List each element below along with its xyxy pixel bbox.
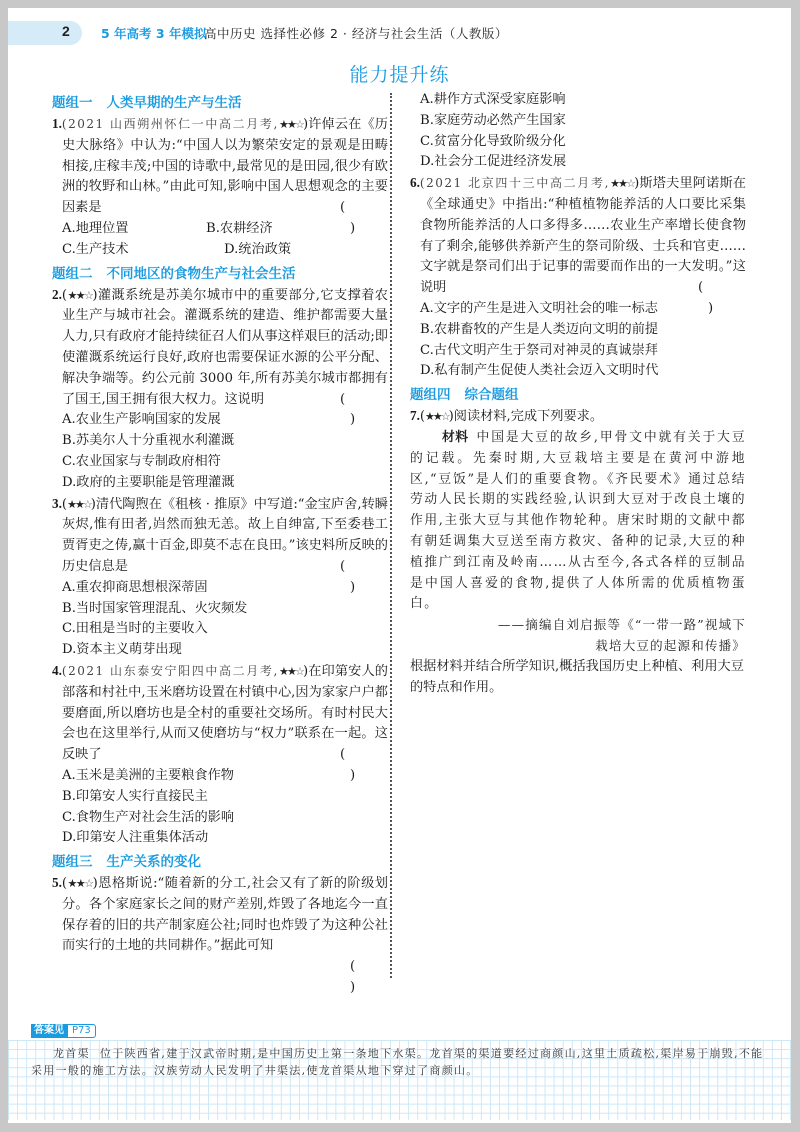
- option-a[interactable]: A.重农抑商思想根深蒂固: [52, 578, 388, 599]
- question-stem: )斯塔夫里阿诺斯在《全球通史》中指出:“种植植物能养活的人口要比采集食物所能养活…: [420, 176, 746, 295]
- book-brand: 5 年高考 3 年模拟: [101, 24, 206, 42]
- answer-reference-badge[interactable]: 答案见 P73: [31, 1024, 96, 1038]
- option-b[interactable]: B.印第安人实行直接民主: [52, 787, 388, 808]
- answer-blank[interactable]: ( ): [350, 390, 388, 432]
- footnote: 龙首渠位于陕西省,建于汉武帝时期,是中国历史上第一条地下水渠。龙首渠的渠道要经过…: [31, 1045, 771, 1079]
- question-3: 3.(★★☆)清代陶煦在《租核 · 推原》中写道:“金宝庐舍,转瞬灰烬,惟有田者…: [52, 494, 388, 661]
- question-number: 7.: [410, 408, 420, 423]
- question-stem: )灌溉系统是苏美尔城市中的重要部分,它支撑着农业生产与城市社会。灌溉系统的建造、…: [62, 288, 388, 407]
- option-a[interactable]: A.文字的产生是进入文明社会的唯一标志: [410, 299, 746, 320]
- option-b[interactable]: B.农耕畜牧的产生是人类迈向文明的前提: [410, 320, 746, 341]
- option-c[interactable]: C.农业国家与专制政府相符: [52, 452, 388, 473]
- answer-blank[interactable]: ( ): [350, 198, 388, 240]
- answer-label: 答案见: [31, 1024, 67, 1038]
- q5-option-c[interactable]: C.贫富分化导致阶级分化: [410, 132, 746, 153]
- page: 2 5 年高考 3 年模拟 高中历史 选择性必修 2 · 经济与社会生活（人教版…: [8, 8, 791, 1123]
- footnote-text: 位于陕西省,建于汉武帝时期,是中国历史上第一条地下水渠。龙首渠的渠道要经过商颜山…: [31, 1047, 764, 1077]
- source-material: 材料中国是大豆的故乡,甲骨文中就有关于大豆的记载。先秦时期,大豆栽培主要是在黄河…: [410, 428, 746, 615]
- question-number: 5.: [52, 875, 62, 890]
- page-number-pill: [8, 21, 82, 45]
- footnote-term: 龙首渠: [53, 1047, 90, 1060]
- citation-line-1: ——摘编自刘启振等《“一带一路”视域下: [410, 615, 746, 636]
- question-number: 3.: [52, 496, 62, 511]
- q5-option-b[interactable]: B.家庭劳动必然产生国家: [410, 111, 746, 132]
- answer-blank[interactable]: ( ): [350, 557, 388, 599]
- option-a[interactable]: A.地理位置: [62, 219, 206, 240]
- q5-option-d[interactable]: D.社会分工促进经济发展: [410, 152, 746, 173]
- citation-line-2: 栽培大豆的起源和传播》: [410, 636, 746, 657]
- question-stem: )阅读材料,完成下列要求。: [449, 409, 603, 424]
- question-6: 6.(2021 北京四十三中高二月考,★★☆)斯塔夫里阿诺斯在《全球通史》中指出…: [410, 173, 746, 382]
- answer-blank[interactable]: ( ): [708, 278, 746, 320]
- option-d[interactable]: D.私有制产生促使人类社会迈入文明时代: [410, 361, 746, 382]
- question-source: (2021 山西朔州怀仁一中高二月考,: [62, 117, 279, 131]
- question-number: 1.: [52, 116, 62, 131]
- question-source: (2021 山东泰安宁阳四中高二月考,: [62, 664, 279, 678]
- difficulty-stars-icon: ★★☆: [425, 410, 449, 423]
- page-number: 2: [62, 23, 70, 39]
- group-title-2: 题组二不同地区的食物生产与社会生活: [52, 263, 388, 285]
- option-d[interactable]: D.印第安人注重集体活动: [52, 828, 388, 849]
- difficulty-stars-icon: ★★☆: [67, 289, 92, 302]
- difficulty-stars-icon: ★★☆: [279, 118, 303, 131]
- group-title-1: 题组一人类早期的生产与生活: [52, 92, 388, 114]
- option-d[interactable]: D.政府的主要职能是管理灌溉: [52, 473, 388, 494]
- question-1: 1.(2021 山西朔州怀仁一中高二月考,★★☆)许倬云在《历史大脉络》中认为:…: [52, 114, 388, 261]
- q5-option-a[interactable]: A.耕作方式深受家庭影响: [410, 90, 746, 111]
- group-title-4: 题组四综合题组: [410, 384, 746, 406]
- answer-blank[interactable]: ( ): [350, 745, 388, 787]
- option-c[interactable]: C.生产技术: [62, 240, 224, 261]
- option-a[interactable]: A.农业生产影响国家的发展: [52, 410, 388, 431]
- difficulty-stars-icon: ★★☆: [610, 177, 634, 190]
- option-b[interactable]: B.农耕经济: [206, 219, 350, 240]
- question-2: 2.(★★☆)灌溉系统是苏美尔城市中的重要部分,它支撑着农业生产与城市社会。灌溉…: [52, 285, 388, 494]
- material-text: 中国是大豆的故乡,甲骨文中就有关于大豆的记载。先秦时期,大豆栽培主要是在黄河中游…: [410, 430, 746, 611]
- book-title: 高中历史 选择性必修 2 · 经济与社会生活（人教版）: [204, 24, 508, 42]
- material-label: 材料: [442, 430, 469, 445]
- left-column: 题组一人类早期的生产与生活 1.(2021 山西朔州怀仁一中高二月考,★★☆)许…: [52, 90, 388, 999]
- option-c[interactable]: C.田租是当时的主要收入: [52, 619, 388, 640]
- option-c[interactable]: C.食物生产对社会生活的影响: [52, 808, 388, 829]
- difficulty-stars-icon: ★★☆: [67, 498, 91, 511]
- option-b[interactable]: B.当时国家管理混乱、火灾频发: [52, 599, 388, 620]
- group-title-3: 题组三生产关系的变化: [52, 851, 388, 873]
- question-source: (2021 北京四十三中高二月考,: [420, 176, 610, 190]
- question-5: 5.(★★☆)恩格斯说:“随着新的分工,社会又有了新的阶级划分。各个家庭家长之间…: [52, 873, 388, 999]
- option-c[interactable]: C.古代文明产生于祭司对神灵的真诚崇拜: [410, 341, 746, 362]
- question-number: 6.: [410, 175, 420, 190]
- option-d[interactable]: D.统治政策: [224, 240, 386, 261]
- difficulty-stars-icon: ★★☆: [279, 665, 303, 678]
- answer-blank[interactable]: ( ): [350, 957, 388, 999]
- difficulty-stars-icon: ★★☆: [67, 877, 93, 890]
- question-7: 7.(★★☆)阅读材料,完成下列要求。 材料中国是大豆的故乡,甲骨文中就有关于大…: [410, 406, 746, 698]
- question-number: 4.: [52, 663, 62, 678]
- option-b[interactable]: B.苏美尔人十分重视水利灌溉: [52, 431, 388, 452]
- answer-page-link[interactable]: P73: [67, 1024, 96, 1038]
- option-a[interactable]: A.玉米是美洲的主要粮食作物: [52, 766, 388, 787]
- question-requirement: 根据材料并结合所学知识,概括我国历史上种植、利用大豆的特点和作用。: [410, 657, 746, 699]
- question-number: 2.: [52, 287, 62, 302]
- question-4: 4.(2021 山东泰安宁阳四中高二月考,★★☆)在印第安人的部落和村社中,玉米…: [52, 661, 388, 849]
- section-title: 能力提升练: [8, 60, 791, 87]
- column-divider: [390, 93, 392, 978]
- option-d[interactable]: D.资本主义萌芽出现: [52, 640, 388, 661]
- right-column: A.耕作方式深受家庭影响 B.家庭劳动必然产生国家 C.贫富分化导致阶级分化 D…: [410, 90, 746, 698]
- question-stem: )恩格斯说:“随着新的分工,社会又有了新的阶级划分。各个家庭家长之间的财产差别,…: [62, 876, 388, 953]
